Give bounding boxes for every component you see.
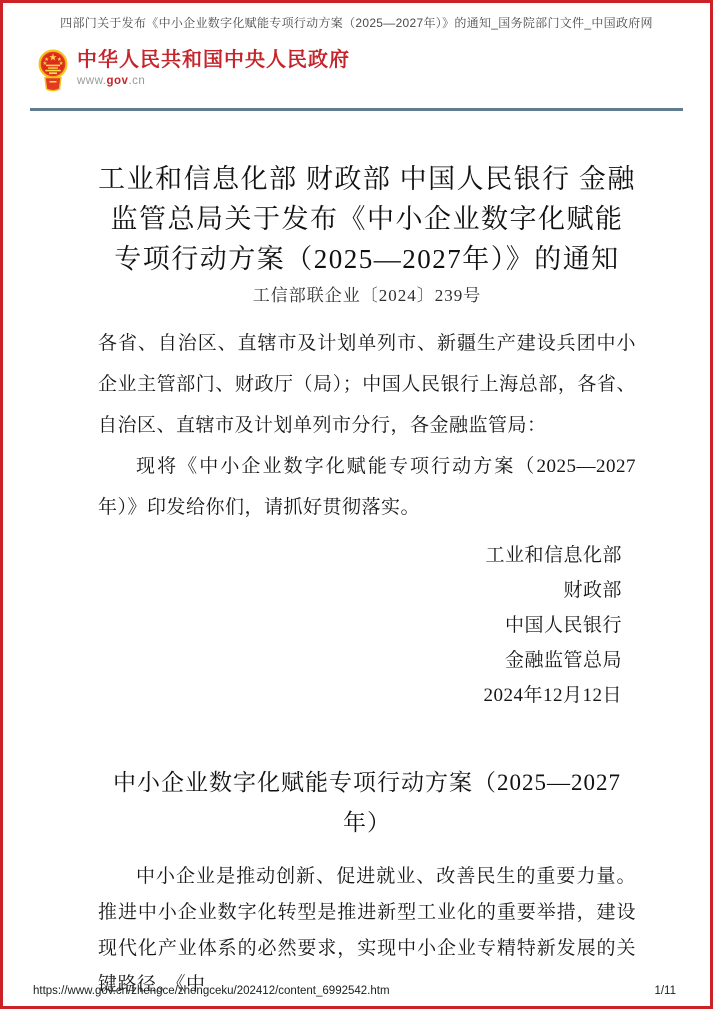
print-footer: https://www.gov.cn/zhengce/zhengceku/202… [33, 985, 676, 997]
attachment-intro-paragraph: 中小企业是推动创新、促进就业、改善民生的重要力量。推进中小企业数字化转型是推进新… [98, 859, 636, 1003]
addressee-paragraph: 各省、自治区、直辖市及计划单列市、新疆生产建设兵团中小企业主管部门、财政厅（局）… [98, 323, 636, 446]
print-header-title: 四部门关于发布《中小企业数字化赋能专项行动方案（2025—2027年）》的通知_… [3, 14, 710, 31]
site-url: www.gov.cn [77, 75, 350, 87]
print-page: 四部门关于发布《中小企业数字化赋能专项行动方案（2025—2027年）》的通知_… [0, 0, 713, 1009]
site-url-prefix: www. [77, 75, 106, 87]
svg-text:★: ★ [49, 53, 57, 62]
site-header-text: 中华人民共和国中央人民政府 www.gov.cn [77, 47, 350, 87]
site-url-gov: gov [106, 75, 128, 87]
print-footer-page-indicator: 1/11 [654, 985, 676, 997]
national-emblem-icon: ★ ★ ★ ★ ★ [38, 48, 68, 99]
site-name: 中华人民共和国中央人民政府 [77, 47, 350, 73]
signature-line: 金融监管总局 [98, 643, 622, 678]
document-title: 工业和信息化部 财政部 中国人民银行 金融监管总局关于发布《中小企业数字化赋能专… [98, 159, 636, 279]
site-header: ★ ★ ★ ★ ★ 中华人民共和国中央人民政府 www.gov.cn [30, 47, 683, 111]
signature-date: 2024年12月12日 [98, 678, 622, 713]
attachment-title: 中小企业数字化赋能专项行动方案（2025—2027年） [107, 763, 627, 843]
signature-line: 工业和信息化部 [98, 538, 622, 573]
signature-block: 工业和信息化部 财政部 中国人民银行 金融监管总局 2024年12月12日 [98, 538, 636, 713]
print-footer-url: https://www.gov.cn/zhengce/zhengceku/202… [33, 985, 390, 997]
notice-paragraph: 现将《中小企业数字化赋能专项行动方案（2025—2027年）》印发给你们，请抓好… [98, 446, 636, 528]
document-body: 工业和信息化部 财政部 中国人民银行 金融监管总局关于发布《中小企业数字化赋能专… [98, 159, 636, 1003]
signature-line: 中国人民银行 [98, 608, 622, 643]
signature-line: 财政部 [98, 573, 622, 608]
site-url-suffix: .cn [128, 75, 145, 87]
document-number: 工信部联企业〔2024〕239号 [98, 283, 636, 309]
